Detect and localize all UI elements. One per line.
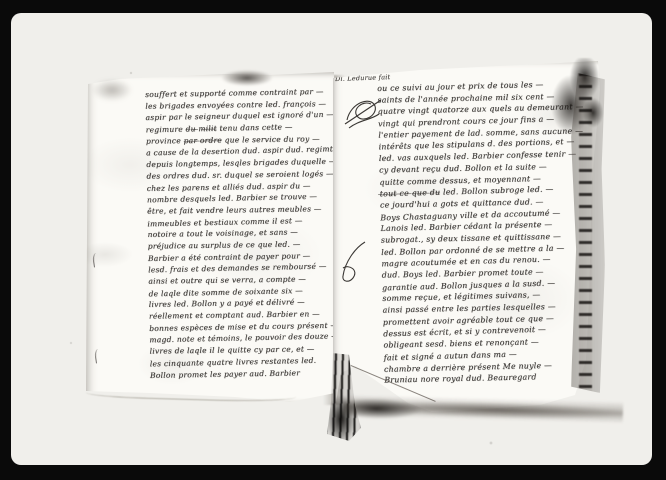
right-page-text-block: ou ce suivi au jour et prix de tous les … [377, 78, 590, 387]
initial-flourish-icon [335, 238, 375, 284]
manuscript-page-left: souffert et supporté comme contraint par… [85, 72, 335, 404]
margin-annotation: Dl. Ledurue fait [335, 73, 391, 83]
scanner-bed-background: souffert et supporté comme contraint par… [11, 13, 652, 465]
left-page-text-block: souffert et supporté comme contraint par… [145, 86, 340, 381]
manuscript-line: des ordres dud. sr. duquel se seroient l… [146, 168, 336, 182]
manuscript-page-right: Dl. Ledurue fait ou ce suivi au jour et … [333, 60, 620, 428]
manuscript-line: les brigades envoyées contre led. franço… [145, 98, 335, 112]
